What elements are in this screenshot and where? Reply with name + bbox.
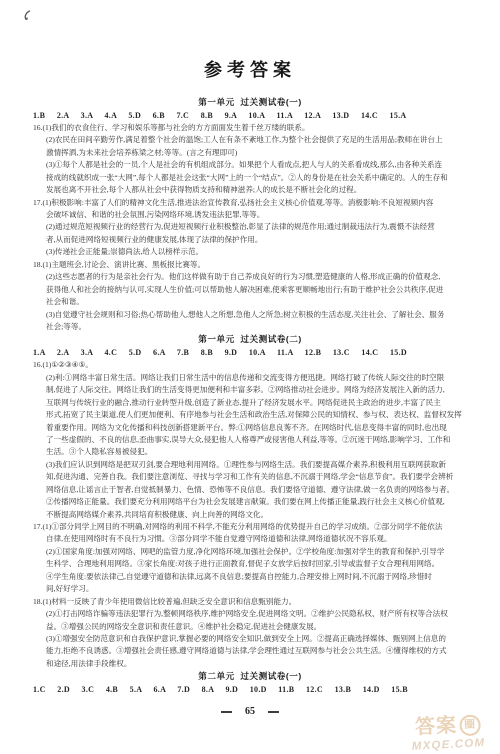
answer-line: ②传播网络正能量。我们要充分利用网络平台为社会发展建言献策。我们要在网上传播正能… [0,496,500,508]
watermark-circle-icon: 圈 [459,714,481,736]
answer-choices-row: 1.B 2.A 3.A 4.A 5.D 6.B 7.C 8.B 9.A 10.A… [0,110,500,122]
answer-line: (3)自觉遵守社会规则和习俗;热心帮助他人,想他人之所想,急他人之所急;树立积极… [0,309,500,321]
answer-line: 着重要作用。网络为文化传播和科技创新搭建新平台。弊:①网络信息良莠不齐。在网络时… [0,422,500,434]
answer-line: 生活。③个人隐私容易被侵犯。 [0,446,500,458]
watermark-brand-text: 答案 [415,714,458,740]
answers-content: 第一单元 过关测试卷(一)1.B 2.A 3.A 4.A 5.D 6.B 7.C… [0,96,500,696]
answer-line: (2)农民在田间辛勤劳作,满足着整个社会的温饱;工人在有条不紊地工作,为整个社会… [0,134,500,146]
answer-line: 17.(1)积极影响:丰富了人们的精神文化生活,推进法治宣传教育,弘扬社会主义核… [0,197,500,209]
answer-line: 接成的线就织成一张“大网”,每个人都是社会这张“大网”上的一个“结点”。②人的身… [0,172,500,184]
answer-line: 发展也离不开社会,每个人都从社会中获得物质支持和精神滋养;人的成长是不断社会化的… [0,184,500,196]
answer-line: 生科学、合理地利用网络。③家长角度:对孩子进行正面教育,督促子女放学后按时回家,… [0,558,500,570]
answer-line: (2)利:①网络丰富日常生活。网络让我们日常生活中的信息传递和交流变得方便迅捷。… [0,372,500,384]
answer-line: 社会;等等。 [0,321,500,333]
page-title: 参考答案 [0,56,500,82]
pen-mark-icon [21,9,33,25]
answer-line: (3)我们应认识到网络是把双刃剑,要合理地利用网络。①理性参与网络生活。我们要提… [0,459,500,471]
section-heading: 第二单元 过关测试卷(一) [0,670,500,684]
answer-line: 能力,拒绝不良诱惑。③增强社会责任感,遵守网络道德与法律,学会理性通过互联网参与… [0,645,500,657]
answer-choices-row: 1.A 2.A 3.A 4.C 5.D 6.A 7.B 8.B 9.D 10.A… [0,347,500,359]
section-heading: 第一单元 过关测试卷(一) [0,96,500,110]
answer-line: 形式,拓宽了民主渠道,使人们更加便利、有序地参与社会生活和政治生活,对保障公民的… [0,409,500,421]
answer-line: (2)这些志愿者的行为是亲社会行为。他们这样做有助于自己养成良好的行为习惯,塑造… [0,271,500,283]
answer-line: 知,促进沟通、完善自我。我们要注意浏览、寻找与学习和工作有关的信息,不沉溺于网络… [0,471,500,483]
answer-line: (2)通过规范短视频行业的经营行为,促进短视频行业积极整治,彰显了法律的规范作用… [0,221,500,233]
answer-line: 会破坏诚信、和谐的社会氛围,污染网络环境,诱发违法犯罪,等等。 [0,209,500,221]
answer-line: 和途径,用法律手段维权。 [0,658,500,670]
section-heading: 第一单元 过关测试卷(二) [0,333,500,347]
answer-line: 社会和谐。 [0,296,500,308]
answer-line: 18.(1)材料一反映了青少年使用微信比较普遍,但缺乏安全意识和信息甄别能力。 [0,596,500,608]
answer-choices-row: 1.C 2.D 3.C 4.B 5.A 6.A 7.D 8.A 9.D 10.D… [0,684,500,696]
answer-line: ④学生角度:要依法律己,自觉遵守道德和法律,远离不良信息;要提高自控能力,合理安… [0,571,500,583]
answer-line: 了一些虚假的、不良的信息,歪曲事实,误导大众,侵犯他人人格尊严或侵害他人利益,等… [0,434,500,446]
answer-line: 互联网与传统行业的融合,推动行业转型升级,创造了新业态,提升了经济发展水平。网络… [0,397,500,409]
answer-line: 不断提高网络媒介素养,共同培育积极健康、向上向善的网络文化。 [0,509,500,521]
answer-line: 自律,在使用网络时有不良行为习惯。③部分同学不能自觉遵守网络道德和法律,网络道德… [0,533,500,545]
watermark: 答案 圈 MXQE.COM [399,712,497,754]
answer-line: 18.(1)主题班会,讨论会、演讲比赛、黑板报比赛等。 [0,259,500,271]
answer-line: (2)①打击网络诈骗等违法犯罪行为,整顿网络秩序,维护网络安全,促进网络文明。②… [0,608,500,620]
answer-line: 间,好好学习。 [0,583,500,595]
answer-line: 益。③增强公民的网络安全意识和责任意识。④维护社会稳定,促进社会健康发展。 [0,621,500,633]
answer-line: 17.(1)①部分同学上网目的不明确,对网络的利用不科学,不能充分利用网络的优势… [0,521,500,533]
answer-line: (3)传递社会正能量;崇德尚法,给人以榜样示范。 [0,246,500,258]
answer-line: 网络信息,让谣言止于智者,自觉抵制暴力、色情、恐怖等不良信息。我们要恪守道德、遵… [0,484,500,496]
answer-line: 16.(1)①②③④⑤。 [0,359,500,371]
answer-line: 激情挥洒,为未来社会培养栋梁之材;等等。(言之有理即可) [0,147,500,159]
answer-line: 制,促进了人际交往。网络让我们的生活变得更加便利和丰富多彩。②网络推动社会进步。… [0,384,500,396]
answer-line: 者,从而促进网络短视频行业的健康发展,体现了法律的保护作用。 [0,234,500,246]
answer-line: (3)①每个人都是社会的一员,个人是社会的有机组成部分。如果把个人看成点,把人与… [0,159,500,171]
answer-line: 获得他人和社会的接纳与认可,实现人生价值;可以帮助他人解决困难,使乘客更顺畅地出… [0,284,500,296]
answer-line: (2)①国家角度:加强对网络、网吧的监管力度,净化网络环境,加强社会保护。②学校… [0,546,500,558]
page-number: 65 [245,706,255,718]
footer-rule-left [221,711,232,712]
answer-line: 16.(1)我们的衣食住行、学习和娱乐等都与社会的方方面面发生着千丝万缕的联系。 [0,122,500,134]
footer-rule-right [268,711,279,712]
answer-key-page: 参考答案 第一单元 过关测试卷(一)1.B 2.A 3.A 4.A 5.D 6.… [0,0,500,754]
answer-line: (3)①增强安全防范意识和自我保护意识,掌握必要的网络安全知识,做到安全上网。②… [0,633,500,645]
watermark-circle-char: 圈 [463,713,475,738]
